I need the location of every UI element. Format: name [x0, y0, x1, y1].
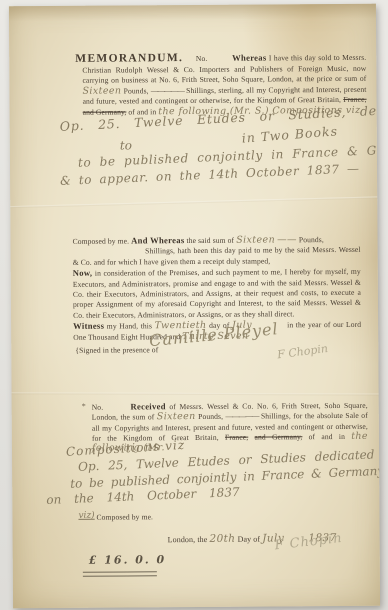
p2-text-f: my Hand, this	[107, 322, 152, 331]
receipt-text-b: Pounds,	[198, 412, 223, 421]
handwritten-dedication-to: to	[120, 138, 132, 152]
viz-annotation: viz)	[78, 511, 94, 521]
memo-title: MEMORANDUM.	[75, 52, 183, 65]
amount-paid: £ 16. 0. 0	[89, 553, 167, 567]
whereas-word: Whereas	[232, 52, 266, 62]
composed-by-me-label: Composed by me.	[96, 512, 153, 523]
p2-text-e: in consideration of the Premises, and su…	[73, 267, 361, 320]
p2-composed: Composed by me.	[73, 236, 130, 245]
photo-backdrop: MEMORANDUM. No. Whereas I have this day …	[0, 0, 388, 610]
margin-mark: *	[82, 402, 86, 413]
no-label: No.	[196, 54, 208, 63]
signed-in-presence-label: {Signed in the presence of	[75, 345, 158, 356]
received-word: Received	[130, 401, 165, 411]
p2-text-b: the said sum of	[186, 236, 234, 245]
p2-text-c: Pounds,	[299, 235, 324, 244]
p2-text-d: Shillings, hath been this day paid to me…	[73, 245, 361, 266]
p1-text-b: Pounds,	[124, 86, 149, 95]
fold-crease	[9, 392, 380, 395]
fold-crease	[9, 196, 380, 209]
p1-sum-handwritten: Sixteen	[82, 85, 121, 96]
handwritten-two-books: in Two Books	[241, 123, 338, 145]
day-of-label: Day of	[238, 535, 261, 544]
footer-day-handwritten: 20th	[209, 533, 235, 545]
receipt-no-label: No.	[92, 403, 104, 412]
and-whereas-word: And Whereas	[131, 235, 184, 245]
receipt-text-d: of and in	[309, 432, 345, 441]
blank-rule: —————	[225, 412, 258, 421]
p2-sum-handwritten: Sixteen	[236, 234, 275, 245]
receipt-struck-france: France,	[225, 433, 248, 442]
amount-underline	[83, 571, 157, 577]
blank-rule: —————	[151, 86, 184, 95]
party-signature: F Chopin	[277, 342, 329, 361]
london-label: London, the	[168, 535, 208, 544]
p2-flourish: ——	[277, 234, 297, 245]
receipt-struck-germany: and Germany,	[254, 432, 302, 441]
now-word: Now,	[73, 268, 93, 278]
document-paper: MEMORANDUM. No. Whereas I have this day …	[9, 4, 380, 609]
receipt-sum-handwritten: Sixteen	[157, 411, 196, 422]
witness-word: Witness	[73, 321, 104, 331]
